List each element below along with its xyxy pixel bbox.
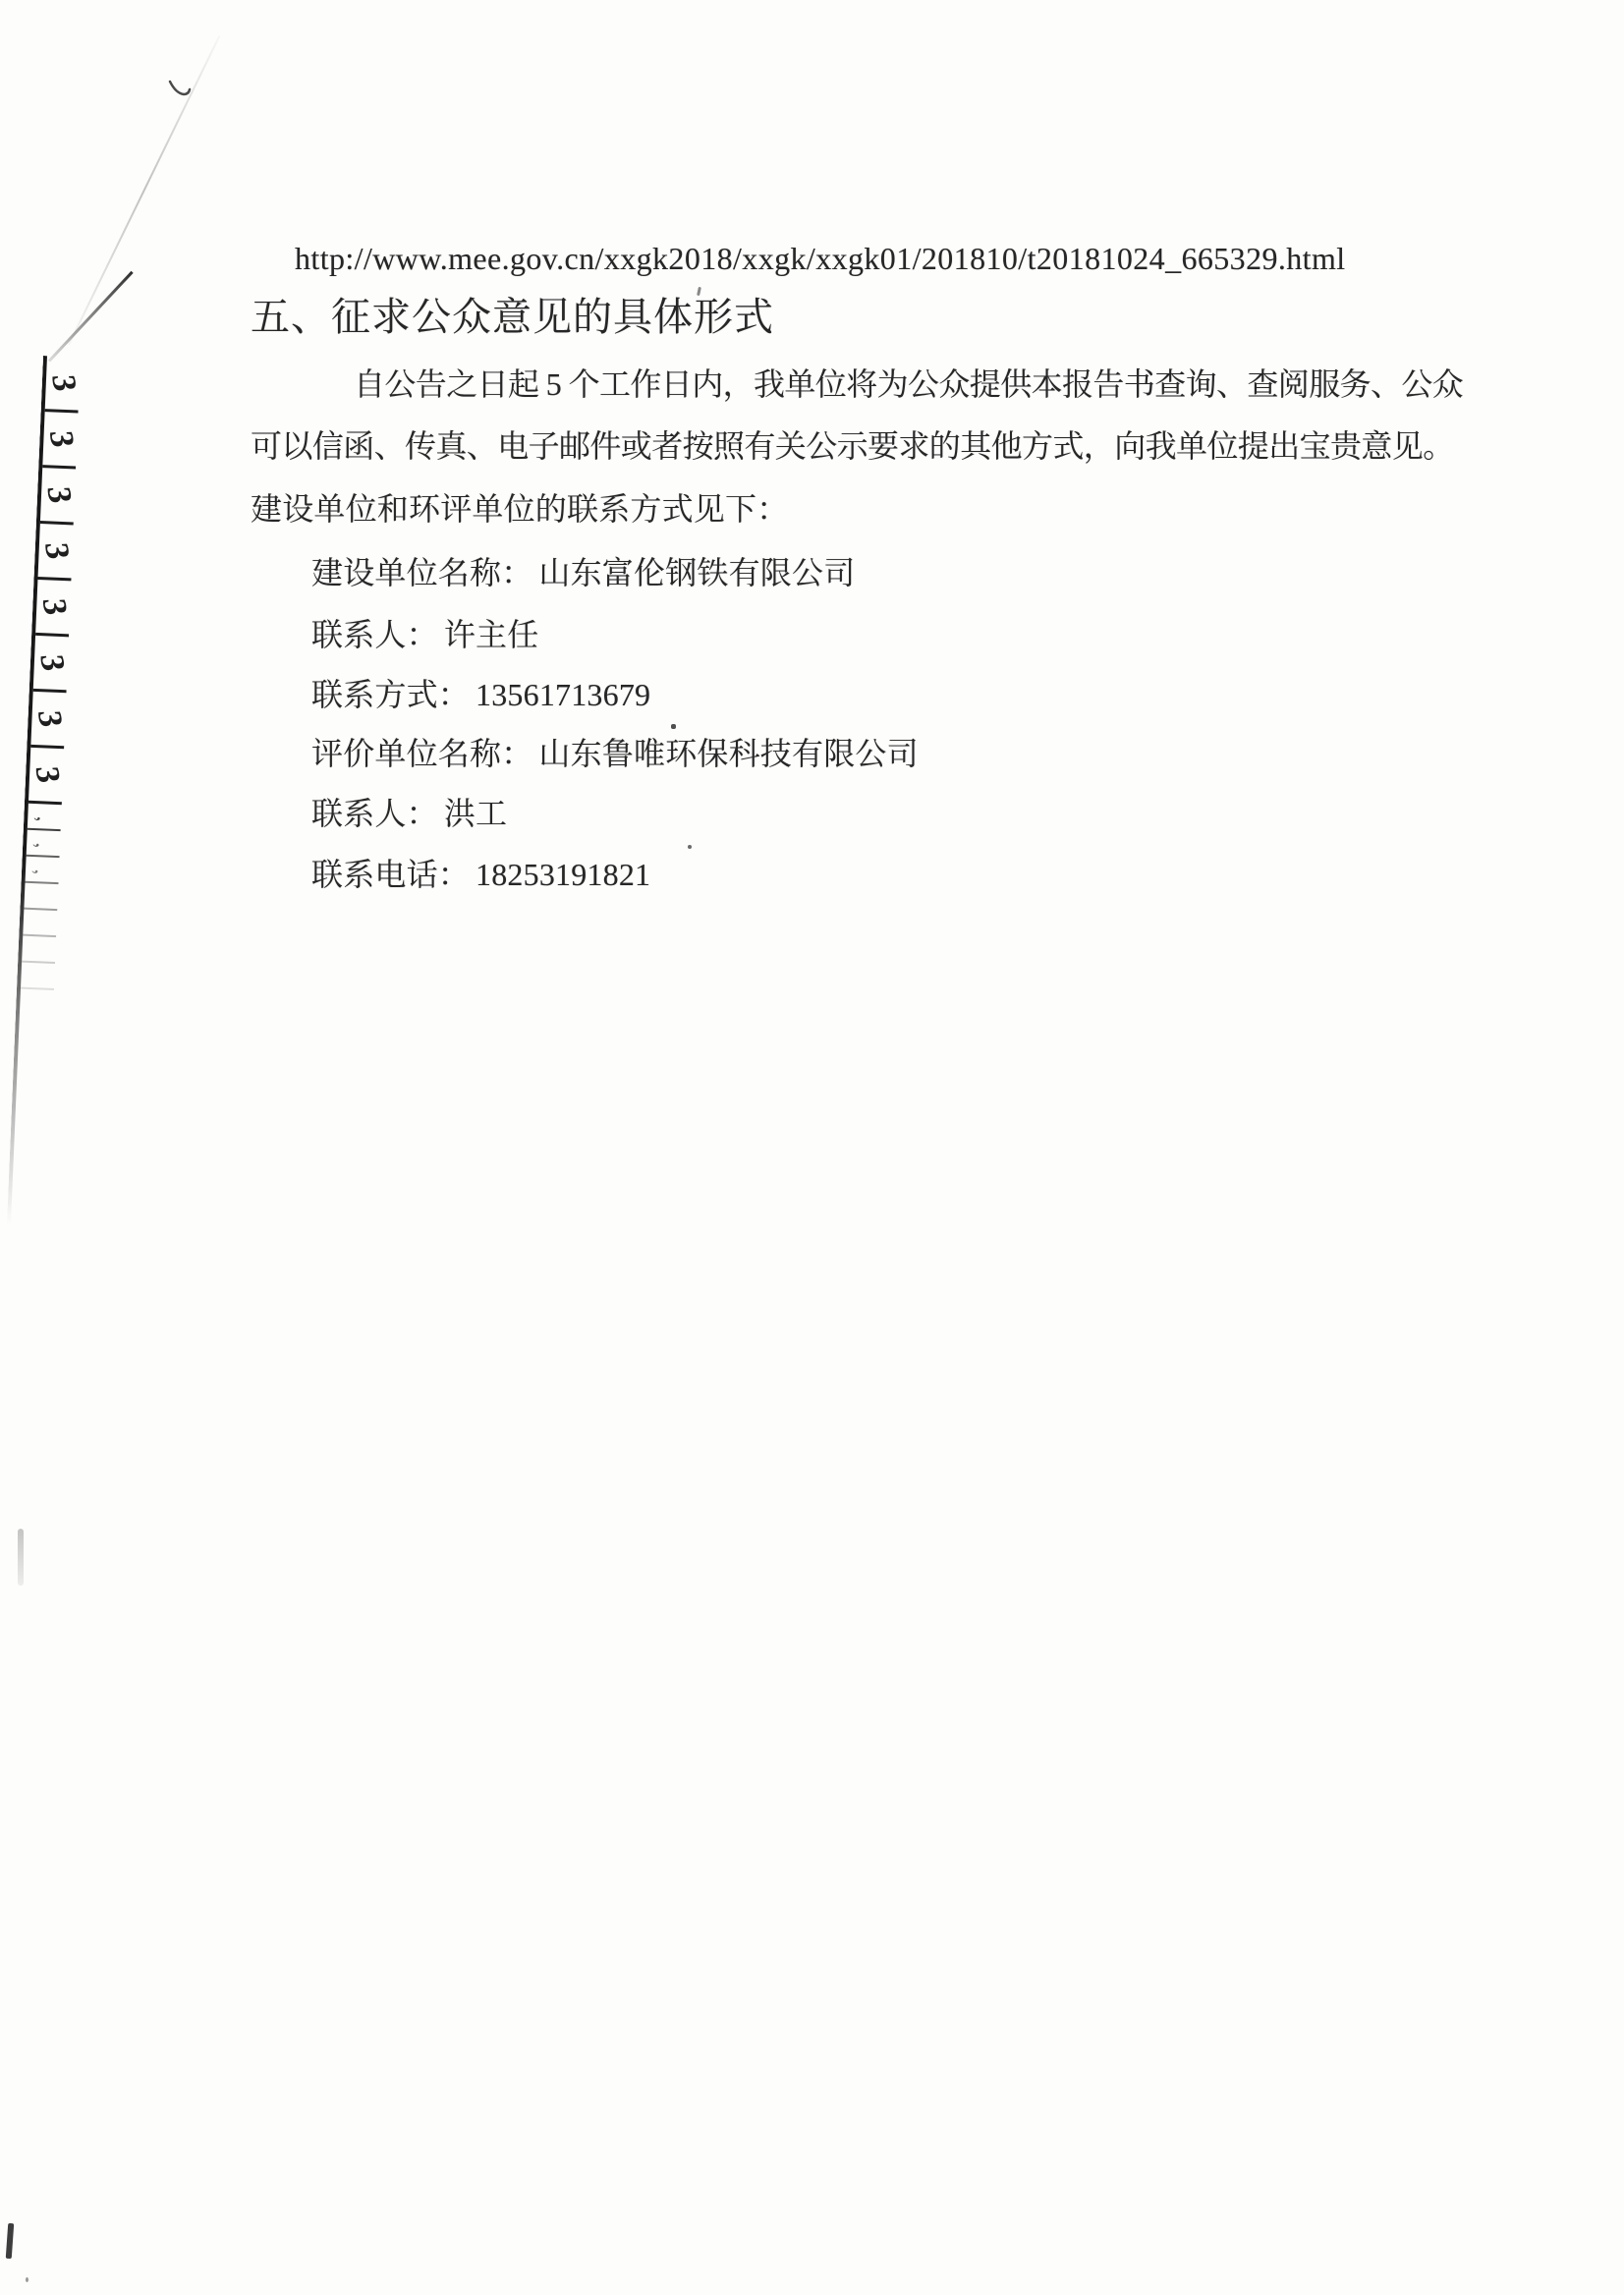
contact-value: 洪工 xyxy=(444,796,507,831)
edge-smudge xyxy=(18,1529,24,1586)
contact-value: 18253191821 xyxy=(476,857,650,892)
contact-row-builder-phone: 联系方式：13561713679 xyxy=(311,677,650,713)
scan-speck xyxy=(688,845,692,849)
contact-value: 13561713679 xyxy=(476,677,650,712)
handwritten-comma: , xyxy=(42,840,44,845)
edge-strip-cell: 3 xyxy=(42,412,78,469)
contact-row-assessor-name: 评价单位名称：山东鲁唯环保科技有限公司 xyxy=(311,736,919,772)
contact-label: 联系电话： xyxy=(311,857,470,892)
edge-strip-cell: 3 xyxy=(33,636,69,693)
edge-strip-tick xyxy=(22,936,56,964)
handwritten-digit: 3 xyxy=(37,541,73,560)
edge-strip-cell: 3 xyxy=(45,356,81,413)
handwritten-digit: 3 xyxy=(35,597,71,616)
edge-strip-cell: 3 xyxy=(30,692,66,749)
edge-strip-tick xyxy=(21,963,55,990)
contact-value: 山东鲁唯环保科技有限公司 xyxy=(538,736,918,771)
paragraph-line-1: 自公告之日起 5 个工作日内，我单位将为公众提供本报告书查询、查阅服务、公众 xyxy=(354,366,1463,403)
page-corner-crease xyxy=(48,271,134,363)
edge-strip-tick: , xyxy=(27,830,61,858)
contact-row-builder-name: 建设单位名称：山东富伦钢铁有限公司 xyxy=(311,555,855,591)
handwritten-digit: 3 xyxy=(40,485,76,504)
edge-strip-tick: , xyxy=(26,857,60,884)
paragraph-line-2: 可以信函、传真、电子邮件或者按照有关公示要求的其他方式，向我单位提出宝贵意见。 xyxy=(251,428,1454,465)
contact-row-assessor-person: 联系人：洪工 xyxy=(311,796,507,832)
edge-strip-tick xyxy=(23,910,57,937)
bottom-edge-mark xyxy=(6,2223,14,2259)
scanned-document-page: http://www.mee.gov.cn/xxgk2018/xxgk/xxgk… xyxy=(0,0,1624,2295)
contact-value: 许主任 xyxy=(444,617,539,652)
pen-hook-mark xyxy=(167,79,193,105)
contact-label: 联系人： xyxy=(311,617,438,652)
contact-label: 联系人： xyxy=(311,796,438,831)
handwritten-digit: 3 xyxy=(30,709,66,728)
handwritten-comma: , xyxy=(44,813,46,818)
contact-label: 建设单位名称： xyxy=(311,555,532,590)
handwritten-digit: 3 xyxy=(33,653,69,672)
scan-speck xyxy=(671,724,676,729)
edge-strip-cell: 3 xyxy=(40,468,76,525)
contact-label: 联系方式： xyxy=(311,677,470,712)
contact-value: 山东富伦钢铁有限公司 xyxy=(538,555,855,590)
contact-label: 评价单位名称： xyxy=(311,736,532,771)
faint-crease xyxy=(68,35,220,345)
paragraph-line-3: 建设单位和环评单位的联系方式见下： xyxy=(251,491,788,528)
edge-strip-tail xyxy=(11,989,54,1226)
handwritten-digit: 3 xyxy=(42,429,78,448)
edge-strip-cell: 3 xyxy=(37,524,73,581)
page-edge-strip: 3 3 3 3 3 3 3 3 , , , xyxy=(7,356,81,1226)
edge-strip-cell: 3 xyxy=(28,748,64,805)
handwritten-comma: , xyxy=(41,867,43,871)
contact-row-builder-person: 联系人：许主任 xyxy=(311,617,538,653)
contact-row-assessor-phone: 联系电话：18253191821 xyxy=(311,857,650,893)
document-url: http://www.mee.gov.cn/xxgk2018/xxgk/xxgk… xyxy=(295,241,1346,277)
handwritten-digit: 3 xyxy=(28,765,64,784)
bottom-edge-dot xyxy=(26,2277,28,2282)
edge-strip-cell: 3 xyxy=(35,580,71,637)
handwritten-digit: 3 xyxy=(45,373,81,392)
edge-strip-tick xyxy=(24,883,58,911)
edge-strip-tick: , xyxy=(28,804,62,831)
section-heading: 五、征求公众意见的具体形式 xyxy=(251,295,774,340)
